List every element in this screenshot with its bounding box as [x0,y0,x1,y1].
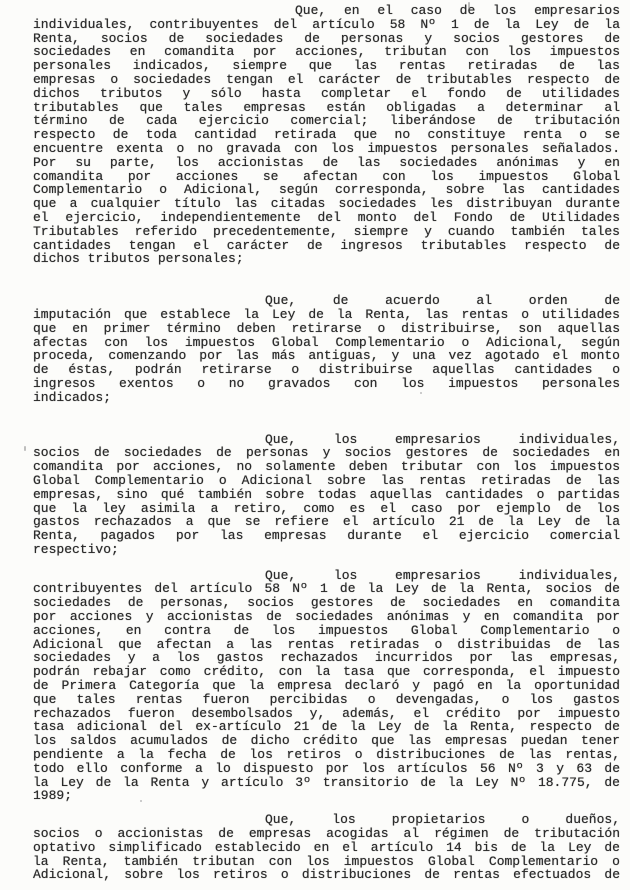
text-line: empresas, sino qué también sobre todas a… [33,488,620,502]
text-line: sociedades de personas, socios gestores … [33,596,620,610]
text-line: socios o accionistas de empresas acogida… [33,827,620,841]
text-line: encuentre exenta o no gravada con los im… [33,142,620,156]
text-line: Que, en el caso de los empresarios [33,4,620,18]
text-line: término de cada ejercicio comercial; lib… [33,114,620,128]
text-line: que la ley asimila a retiro, como es el … [33,502,620,516]
text-line: imputación que establece la Ley de la Re… [33,308,620,322]
text-line: Renta, socios de sociedades de personas … [33,32,620,46]
text-line: socios de sociedades de personas y socio… [33,446,620,460]
scan-artifact [140,800,142,802]
scanned-document-screenshot: { "page": { "type": "scanned-typewritten… [0,0,630,890]
document-text: Que, en el caso de los empresariosindivi… [33,4,620,882]
text-line: empresas o sociedades tengan el carácter… [33,73,620,87]
text-line: que en primer término deben retirarse o … [33,322,620,336]
text-line: respecto de toda cantidad retirada que n… [33,128,620,142]
text-line: Adicional, sobre los retiros o distribuc… [33,868,620,882]
text-line: contribuyentes del artículo 58 Nº 1 de l… [33,582,620,596]
text-line: Complementario o Adicional, según corres… [33,183,620,197]
text-line: tasa adicional del ex-artículo 21 de la … [33,720,620,734]
text-line: dichos tributos y sólo hasta completar e… [33,87,620,101]
text-line: proceda, comenzando por las más antiguas… [33,349,620,363]
text-line: la Ley de la Renta y artículo 3º transit… [33,776,620,790]
text-line: individuales, contribuyentes del artícul… [33,18,620,32]
considerando-5: Que, los propietarios o dueños,socios o … [33,813,620,882]
text-line: Por su parte, los accionistas de las soc… [33,156,620,170]
text-line: optativo simplificado establecido en el … [33,841,620,855]
text-line: dichos tributos personales; [33,252,620,266]
text-line: Global Complementario o Adicional sobre … [33,474,620,488]
scan-artifact [468,2,470,9]
text-line: Que, los empresarios individuales, [33,569,620,583]
text-line: sociedades en comandita por acciones, tr… [33,45,620,59]
text-line: Que, los empresarios individuales, [33,433,620,447]
text-line: que tales rentas fueron percibidas o dev… [33,693,620,707]
text-line: por acciones y accionistas de sociedades… [33,610,620,624]
considerando-4: Que, los empresarios individuales,contri… [33,569,620,804]
text-line: de Primera Categoría que la empresa decl… [33,679,620,693]
text-line: tributables que tales empresas están obl… [33,101,620,115]
text-line: indicados; [33,391,620,405]
text-line: cantidades tengan el carácter de ingreso… [33,239,620,253]
text-line: Que, los propietarios o dueños, [33,813,620,827]
text-line: gastos rechazados a que se refiere el ar… [33,515,620,529]
text-line: personales indicados, siempre que las re… [33,59,620,73]
text-line: rechazados fueron desembolsados y, ademá… [33,707,620,721]
text-line: que a cualquier título las citadas socie… [33,197,620,211]
text-line: de éstas, podrán retirarse o distribuirs… [33,363,620,377]
text-line: Adicional que afectan a las rentas retir… [33,638,620,652]
text-line: ingresos exentos o no gravados con los i… [33,377,620,391]
considerando-1: Que, en el caso de los empresariosindivi… [33,4,620,266]
text-line: todo ello conforme a lo dispuesto por lo… [33,762,620,776]
text-line: Renta, pagados por las empresas durante … [33,529,620,543]
scan-artifact [24,446,26,451]
text-line: respectivo; [33,543,620,557]
document-page: Que, en el caso de los empresariosindivi… [0,0,630,890]
text-line: pendiente a la fecha de los retiros o di… [33,748,620,762]
text-line: acciones, en contra de los impuestos Glo… [33,624,620,638]
scan-artifact [420,392,422,394]
text-line: los saldos acumulados de dicho crédito q… [33,734,620,748]
text-line: la Renta, también tributan con los impue… [33,855,620,869]
text-line: el ejercicio, independientemente del mon… [33,211,620,225]
text-line: comandita por acciones se afectan con lo… [33,170,620,184]
text-line: 1989; [33,789,620,803]
scan-artifact [125,856,127,858]
text-line: sociedades y a los gastos rechazados inc… [33,651,620,665]
text-line: afectas con los impuestos Global Complem… [33,336,620,350]
considerando-3: Que, los empresarios individuales,socios… [33,433,620,557]
text-line: Tributables referido precedentemente, si… [33,225,620,239]
text-line: Que, de acuerdo al orden de [33,294,620,308]
considerando-2: Que, de acuerdo al orden deimputación qu… [33,294,620,404]
text-line: podrán rebajar como crédito, con la tasa… [33,665,620,679]
text-line: comandita por acciones, no solamente deb… [33,460,620,474]
